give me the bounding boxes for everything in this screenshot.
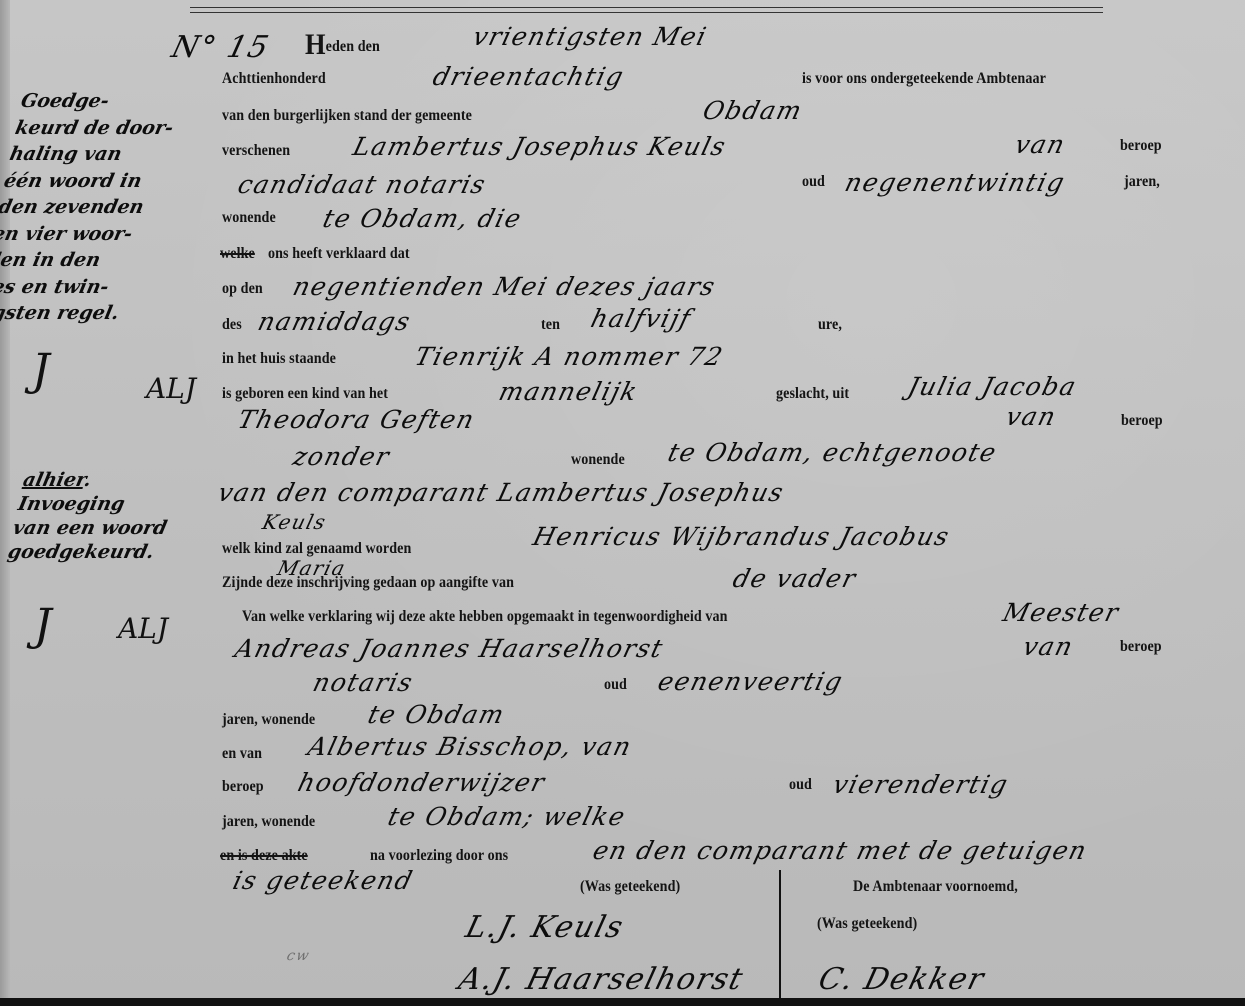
hw-sex: mannelijk (496, 377, 641, 406)
form-geslacht-uit: geslacht, uit (776, 385, 849, 403)
top-rule-double (190, 12, 1103, 13)
hw-time-of-day: namiddags (255, 307, 414, 336)
margin-line: haling van (7, 141, 213, 168)
form-beroep-2: beroep (1121, 412, 1163, 430)
scanned-register-page: N° 15 Heden den Achttienhonderd is voor … (0, 0, 1245, 1006)
margin-initials-2b: ALJ (118, 612, 168, 645)
margin-line: van een woord (11, 516, 216, 540)
form-zijnde: Zijnde deze inschrijving gedaan op aangi… (222, 574, 514, 592)
form-achttienhonderd: Achttienhonderd (222, 70, 326, 88)
hw-witness1-age: eenenveertig (655, 667, 847, 696)
form-is-geboren: is geboren een kind van het (222, 385, 388, 403)
hw-spouse-line: van den comparant Lambertus Josephus (215, 478, 787, 507)
hw-mother-first: Julia Jacoba (905, 372, 1080, 401)
margin-initials-1a: J (32, 345, 50, 396)
form-ten: ten (541, 316, 560, 334)
margin-line: één woord in (1, 168, 207, 195)
hw-date-day: vrientigsten Mei (470, 22, 710, 51)
hw-witness2-occupation: hoofdonderwijzer (295, 768, 549, 797)
form-jaren-1: jaren, (1124, 173, 1160, 191)
pencil-mark: cw (285, 948, 312, 964)
margin-line: goedgekeurd. (6, 540, 211, 564)
form-beroep-4: beroep (222, 778, 264, 796)
form-op-den: op den (222, 280, 263, 298)
margin-line: Invoeging (16, 492, 221, 516)
hw-mother-residence: te Obdam, echtgenoote (665, 438, 1000, 467)
hw-is-geteekend: is geteekend (230, 866, 416, 895)
margin-line: en vier woor- (0, 221, 196, 248)
hw-van-1: van (1012, 130, 1069, 159)
hw-declarant-name: Lambertus Josephus Keuls (350, 132, 730, 161)
drop-cap-h: H (305, 28, 326, 61)
form-heden-rest: eden den (326, 38, 380, 55)
hw-witness1-occupation: notaris (310, 668, 417, 697)
hw-house: Tienrijk A nommer 72 (412, 342, 727, 371)
hw-witness1-title: Meester (1000, 598, 1123, 627)
hw-spouse-last: Keuls (260, 510, 329, 534)
hw-birth-date: negentienden Mei dezes jaars (290, 272, 719, 301)
form-oud-4: oud (789, 776, 812, 794)
form-beroep-1: beroep (1120, 137, 1162, 155)
page-bottom-edge (0, 998, 1245, 1006)
hw-witness2-residence: te Obdam; welke (385, 802, 629, 831)
margin-line: den zevenden (0, 194, 201, 221)
margin-line: alhier. (21, 468, 226, 492)
top-rule (190, 7, 1103, 8)
margin-line: keurd de door- (13, 115, 219, 142)
hw-municipality: Obdam (700, 96, 806, 125)
form-wonende-1: wonende (222, 209, 276, 227)
margin-note-insertion-approval: alhier. Invoeging van een woord goedgeke… (6, 468, 226, 564)
form-was-geteekend-2: (Was geteekend) (817, 915, 917, 933)
form-des: des (222, 316, 242, 334)
margin-line: zes en twin- (0, 274, 185, 301)
form-verschenen: verschenen (222, 142, 290, 160)
entry-number: N° 15 (168, 30, 273, 65)
hw-declarant-occupation: candidaat notaris (235, 170, 489, 199)
margin-initials-1b: ALJ (146, 372, 196, 405)
form-in-het-huis: in het huis staande (222, 350, 336, 368)
form-wonende-2: wonende (571, 451, 625, 469)
form-beroep-3: beroep (1120, 638, 1162, 656)
signature-divider (779, 870, 781, 1006)
form-jaren-wonende-3: jaren, wonende (222, 711, 315, 729)
form-is-voor-ons: is voor ons ondergeteekende Ambtenaar (802, 70, 1046, 88)
signature-official: C. Dekker (815, 962, 988, 997)
hw-year: drieentachtig (430, 62, 627, 91)
hw-declarant-residence: te Obdam, die (320, 204, 525, 233)
form-burgerlijke-stand: van den burgerlijken stand der gemeente (222, 107, 472, 125)
form-heden: Heden den (305, 30, 380, 60)
hw-child-name: Henricus Wijbrandus Jacobus (530, 522, 953, 551)
margin-insertion-mark: alhier (21, 469, 87, 491)
form-was-geteekend-1: (Was geteekend) (580, 878, 680, 896)
form-oud-1: oud (802, 173, 825, 191)
margin-initials-2a: J (34, 600, 52, 651)
hw-time: halfvijf (588, 304, 695, 333)
hw-mother-last: Theodora Geften (235, 405, 478, 434)
form-jaren-wonende-4: jaren, wonende (222, 813, 315, 831)
hw-witness2-age: vierendertig (830, 770, 1012, 799)
margin-line: tigsten regel. (0, 300, 179, 327)
hw-van-2: van (1003, 402, 1060, 431)
form-na-voorlezing: na voorlezing door ons (370, 847, 508, 865)
margin-line: den in den (0, 247, 190, 274)
hw-witness2-name: Albertus Bisschop, van (305, 732, 635, 761)
form-van-welke: Van welke verklaring wij deze akte hebbe… (242, 608, 728, 626)
hw-van-3: van (1020, 632, 1077, 661)
form-welke-struck: welke (220, 245, 255, 263)
form-ons-heeft-verklaard: ons heeft verklaard dat (268, 245, 410, 263)
hw-declarant-age: negenentwintig (842, 168, 1069, 197)
hw-informant: de vader (730, 564, 860, 593)
hw-witness1-name: Andreas Joannes Haarselhorst (232, 634, 667, 663)
signature-witness: A.J. Haarselhorst (455, 962, 747, 997)
form-ure: ure, (818, 316, 842, 334)
hw-mother-occupation: zonder (290, 442, 393, 471)
form-en-is-deze-akte-struck: en is deze akte (220, 847, 308, 865)
page-binding-edge (0, 0, 10, 1006)
margin-line: Goedge- (18, 88, 224, 115)
margin-note-deletion-approval: Goedge- keurd de door- haling van één wo… (0, 88, 224, 327)
form-oud-3: oud (604, 676, 627, 694)
form-ambtenaar-voornoemd: De Ambtenaar voornoemd, (853, 878, 1018, 896)
hw-closing: en den comparant met de getuigen (590, 836, 1091, 865)
signature-declarant: L.J. Keuls (462, 910, 628, 945)
form-en-van: en van (222, 745, 262, 763)
hw-witness1-residence: te Obdam (365, 700, 508, 729)
hw-child-insert: Maria (275, 556, 349, 580)
